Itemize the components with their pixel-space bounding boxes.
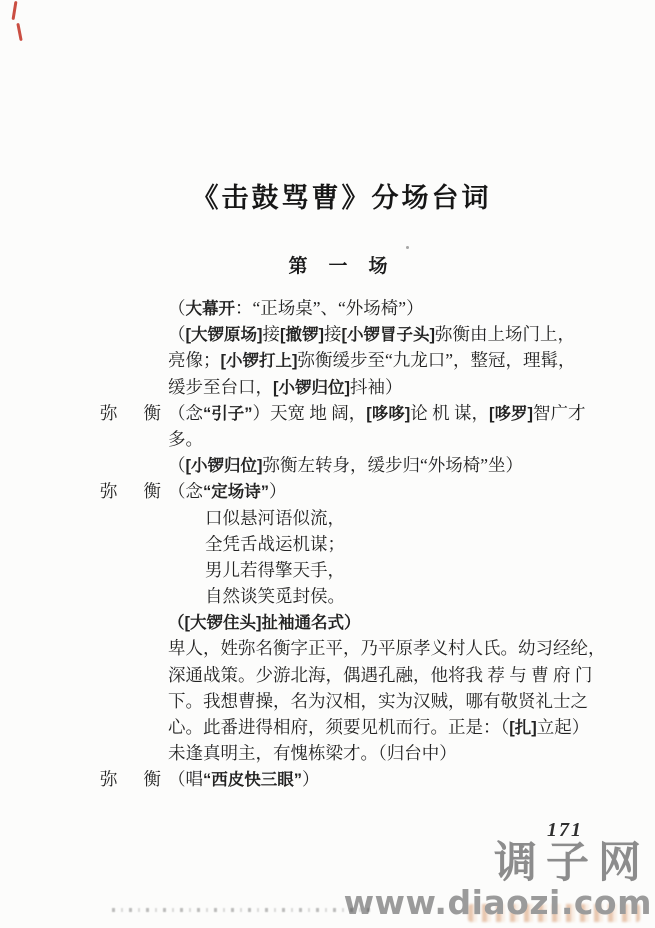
script-line: 缓步至台口，[小锣归位]抖袖） [0, 374, 655, 400]
scene-heading: 第 一 场 [11, 251, 655, 278]
scanned-book-page: 《击鼓骂曹》分场台词 第 一 场 （大幕开：“正场桌”、“外场椅”） （[大锣原… [0, 0, 655, 928]
line-text: 亮像；[小锣打上]弥衡缓步至“九龙口”，整冠，理髯， [168, 347, 576, 374]
page-title: 《击鼓骂曹》分场台词 [14, 176, 655, 215]
watermark-site-name: 调子网 [494, 842, 650, 885]
script-line: 全凭舌战运机谋； [0, 531, 655, 557]
script-line: 未逢真明主，有愧栋梁才。（归台中） [0, 740, 655, 766]
script-line: 多。 [0, 426, 655, 452]
line-text: 心。此番进得相府，须要见机而行。正是：（[扎]立起） [168, 714, 589, 741]
script-line: （[大锣原场]接[撤锣]接[小锣冒子头]弥衡由上场门上， [0, 321, 655, 347]
scan-smudge-line [112, 908, 374, 912]
script-line: 弥衡（念“定场诗”） [0, 478, 655, 504]
line-text: 深通战策。少游北海，偶遇孔融，他将我 荐 与 曹 府 门 [168, 662, 592, 688]
script-body: （大幕开：“正场桌”、“外场椅”） （[大锣原场]接[撤锣]接[小锣冒子头]弥衡… [0, 295, 655, 793]
line-text: （[大锣原场]接[撤锣]接[小锣冒子头]弥衡由上场门上， [168, 321, 575, 348]
script-line: 下。我想曹操，名为汉相，实为汉贼，哪有敬贤礼士之 [0, 688, 655, 714]
line-text: （[大锣住头]扯袖通名式） [168, 609, 361, 636]
red-ink-marks [8, 0, 34, 48]
line-text: （念“引子”）天宽 地 阔，[哆哆]论 机 谋，[哆罗]智广才 [168, 400, 586, 427]
line-text: 未逢真明主，有愧栋梁才。（归台中） [168, 740, 457, 766]
script-line: 口似悬河语似流， [0, 505, 655, 531]
script-line: 弥衡（念“引子”）天宽 地 阔，[哆哆]论 机 谋，[哆罗]智广才 [0, 400, 655, 426]
line-text: （唱“西皮快三眼”） [168, 766, 320, 793]
watermark-site-url: www.diaozi.com [344, 886, 652, 919]
script-line: 深通战策。少游北海，偶遇孔融，他将我 荐 与 曹 府 门 [0, 662, 655, 688]
script-line: 男儿若得擎天手， [0, 557, 655, 583]
speaker-label: 弥衡 [100, 478, 187, 504]
speaker-label: 弥衡 [100, 400, 187, 426]
line-text: 自然谈笑觅封侯。 [205, 583, 345, 609]
script-line: 卑人，姓弥名衡字正平，乃平原孝义村人氏。幼习经纶， [0, 635, 655, 661]
line-text: （[小锣归位]弥衡左转身，缓步归“外场椅”坐） [168, 452, 523, 479]
script-line: 心。此番进得相府，须要见机而行。正是：（[扎]立起） [0, 714, 655, 740]
line-text: 缓步至台口，[小锣归位]抖袖） [168, 374, 403, 401]
script-line: 弥衡（唱“西皮快三眼”） [0, 766, 655, 792]
script-line: 自然谈笑觅封侯。 [0, 583, 655, 609]
line-text: 多。 [168, 426, 203, 452]
script-line: （[大锣住头]扯袖通名式） [0, 609, 655, 635]
script-line: （大幕开：“正场桌”、“外场椅”） [0, 295, 655, 321]
script-line: 亮像；[小锣打上]弥衡缓步至“九龙口”，整冠，理髯， [0, 347, 655, 373]
line-text: 全凭舌战运机谋； [205, 531, 345, 557]
line-text: 口似悬河语似流， [205, 505, 345, 531]
scan-speck [406, 246, 409, 249]
line-text: 下。我想曹操，名为汉相，实为汉贼，哪有敬贤礼士之 [168, 688, 588, 714]
script-line: （[小锣归位]弥衡左转身，缓步归“外场椅”坐） [0, 452, 655, 478]
line-text: 卑人，姓弥名衡字正平，乃平原孝义村人氏。幼习经纶， [168, 635, 606, 661]
line-text: （大幕开：“正场桌”、“外场椅”） [168, 295, 424, 322]
line-text: 男儿若得擎天手， [205, 557, 345, 583]
speaker-label: 弥衡 [100, 766, 187, 792]
